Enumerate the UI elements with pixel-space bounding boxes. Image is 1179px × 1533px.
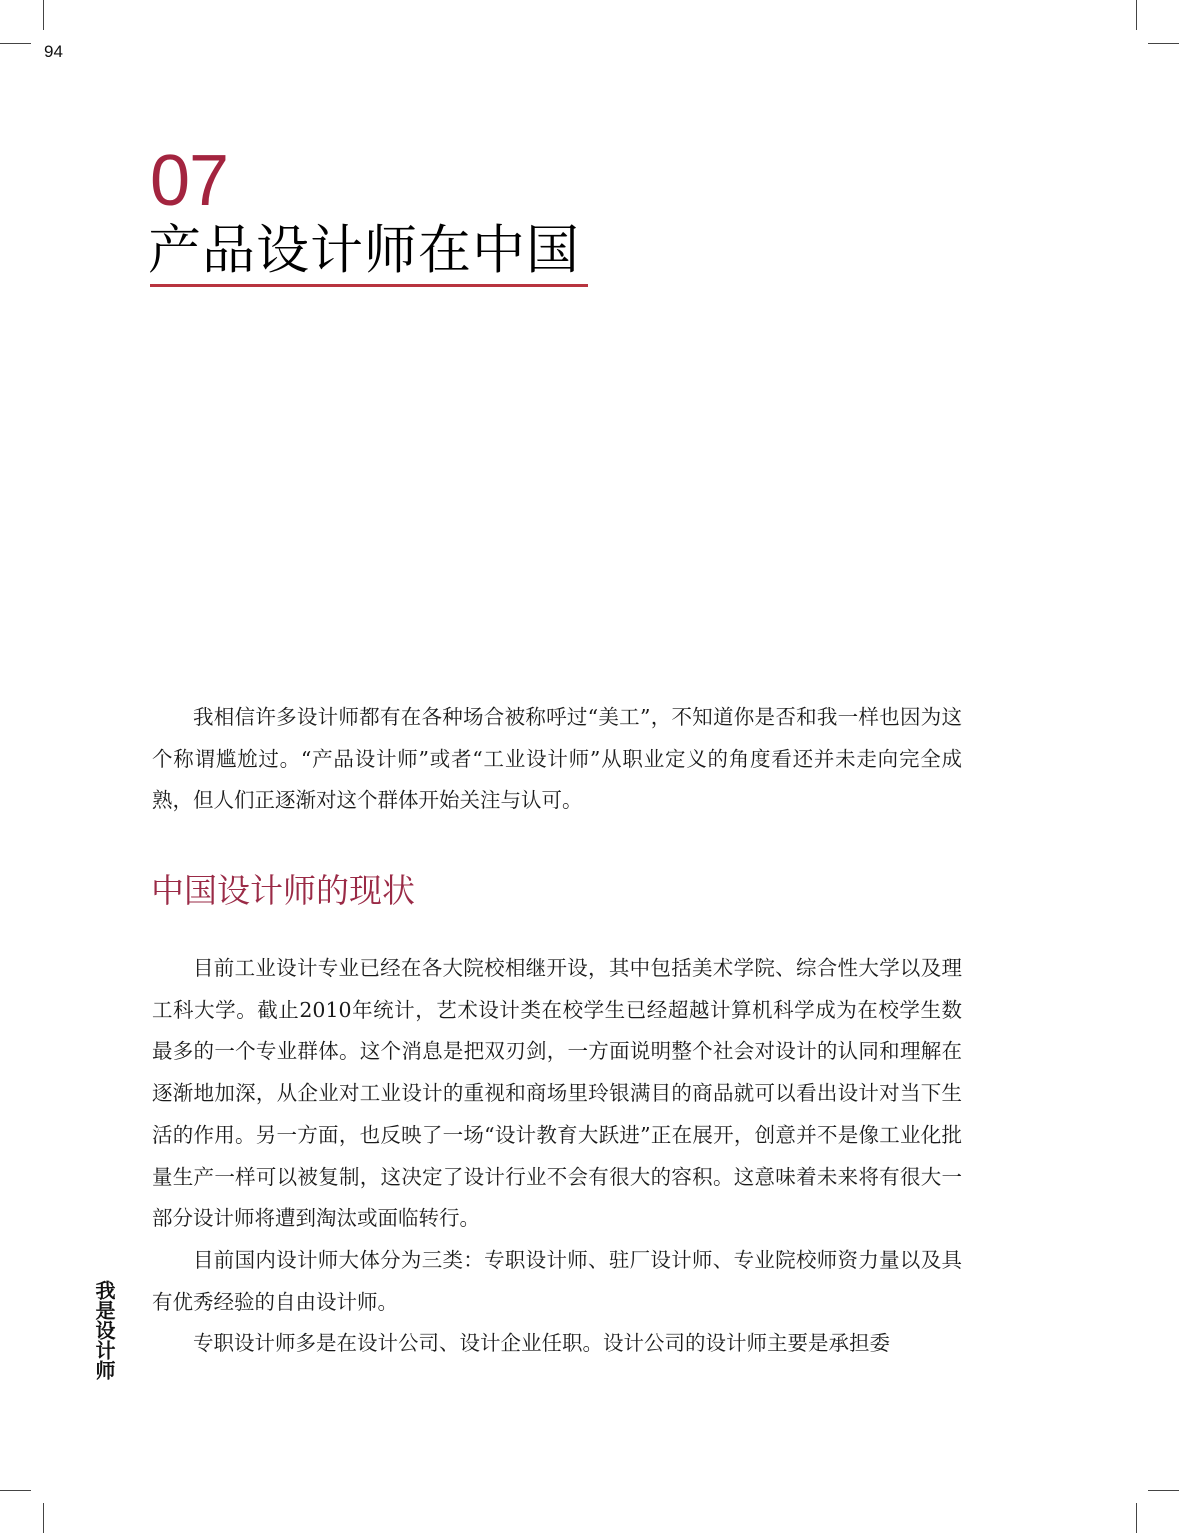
page-number: 94 <box>44 42 63 62</box>
chapter-number: 07 <box>150 139 228 223</box>
body-paragraph: 专职设计师多是在设计公司、设计企业任职。设计公司的设计师主要是承担委 <box>152 1323 962 1365</box>
running-section-label: 我是设计师 <box>93 1280 115 1380</box>
intro-paragraph: 我相信许多设计师都有在各种场合被称呼过“美工”，不知道你是否和我一样也因为这个称… <box>152 697 962 822</box>
section-body: 目前工业设计专业已经在各大院校相继开设，其中包括美术学院、综合性大学以及理工科大… <box>152 948 962 1365</box>
body-paragraph: 目前国内设计师大体分为三类：专职设计师、驻厂设计师、专业院校师资力量以及具有优秀… <box>152 1240 962 1323</box>
chapter-title: 产品设计师在中国 <box>148 221 580 281</box>
crop-mark-bottom-right-vertical <box>1136 1503 1137 1533</box>
crop-mark-bottom-right-horizontal <box>1148 1490 1179 1491</box>
crop-mark-bottom-left-vertical <box>43 1503 44 1533</box>
crop-mark-top-right-vertical <box>1136 0 1137 30</box>
title-underline <box>150 284 588 287</box>
crop-mark-top-left-horizontal <box>0 43 31 44</box>
crop-mark-bottom-left-horizontal <box>0 1490 31 1491</box>
crop-mark-top-right-horizontal <box>1148 43 1179 44</box>
section-heading: 中国设计师的现状 <box>151 869 415 913</box>
body-paragraph: 目前工业设计专业已经在各大院校相继开设，其中包括美术学院、综合性大学以及理工科大… <box>152 948 962 1240</box>
crop-mark-top-left-vertical <box>43 0 44 30</box>
intro-text: 我相信许多设计师都有在各种场合被称呼过“美工”，不知道你是否和我一样也因为这个称… <box>152 697 962 822</box>
